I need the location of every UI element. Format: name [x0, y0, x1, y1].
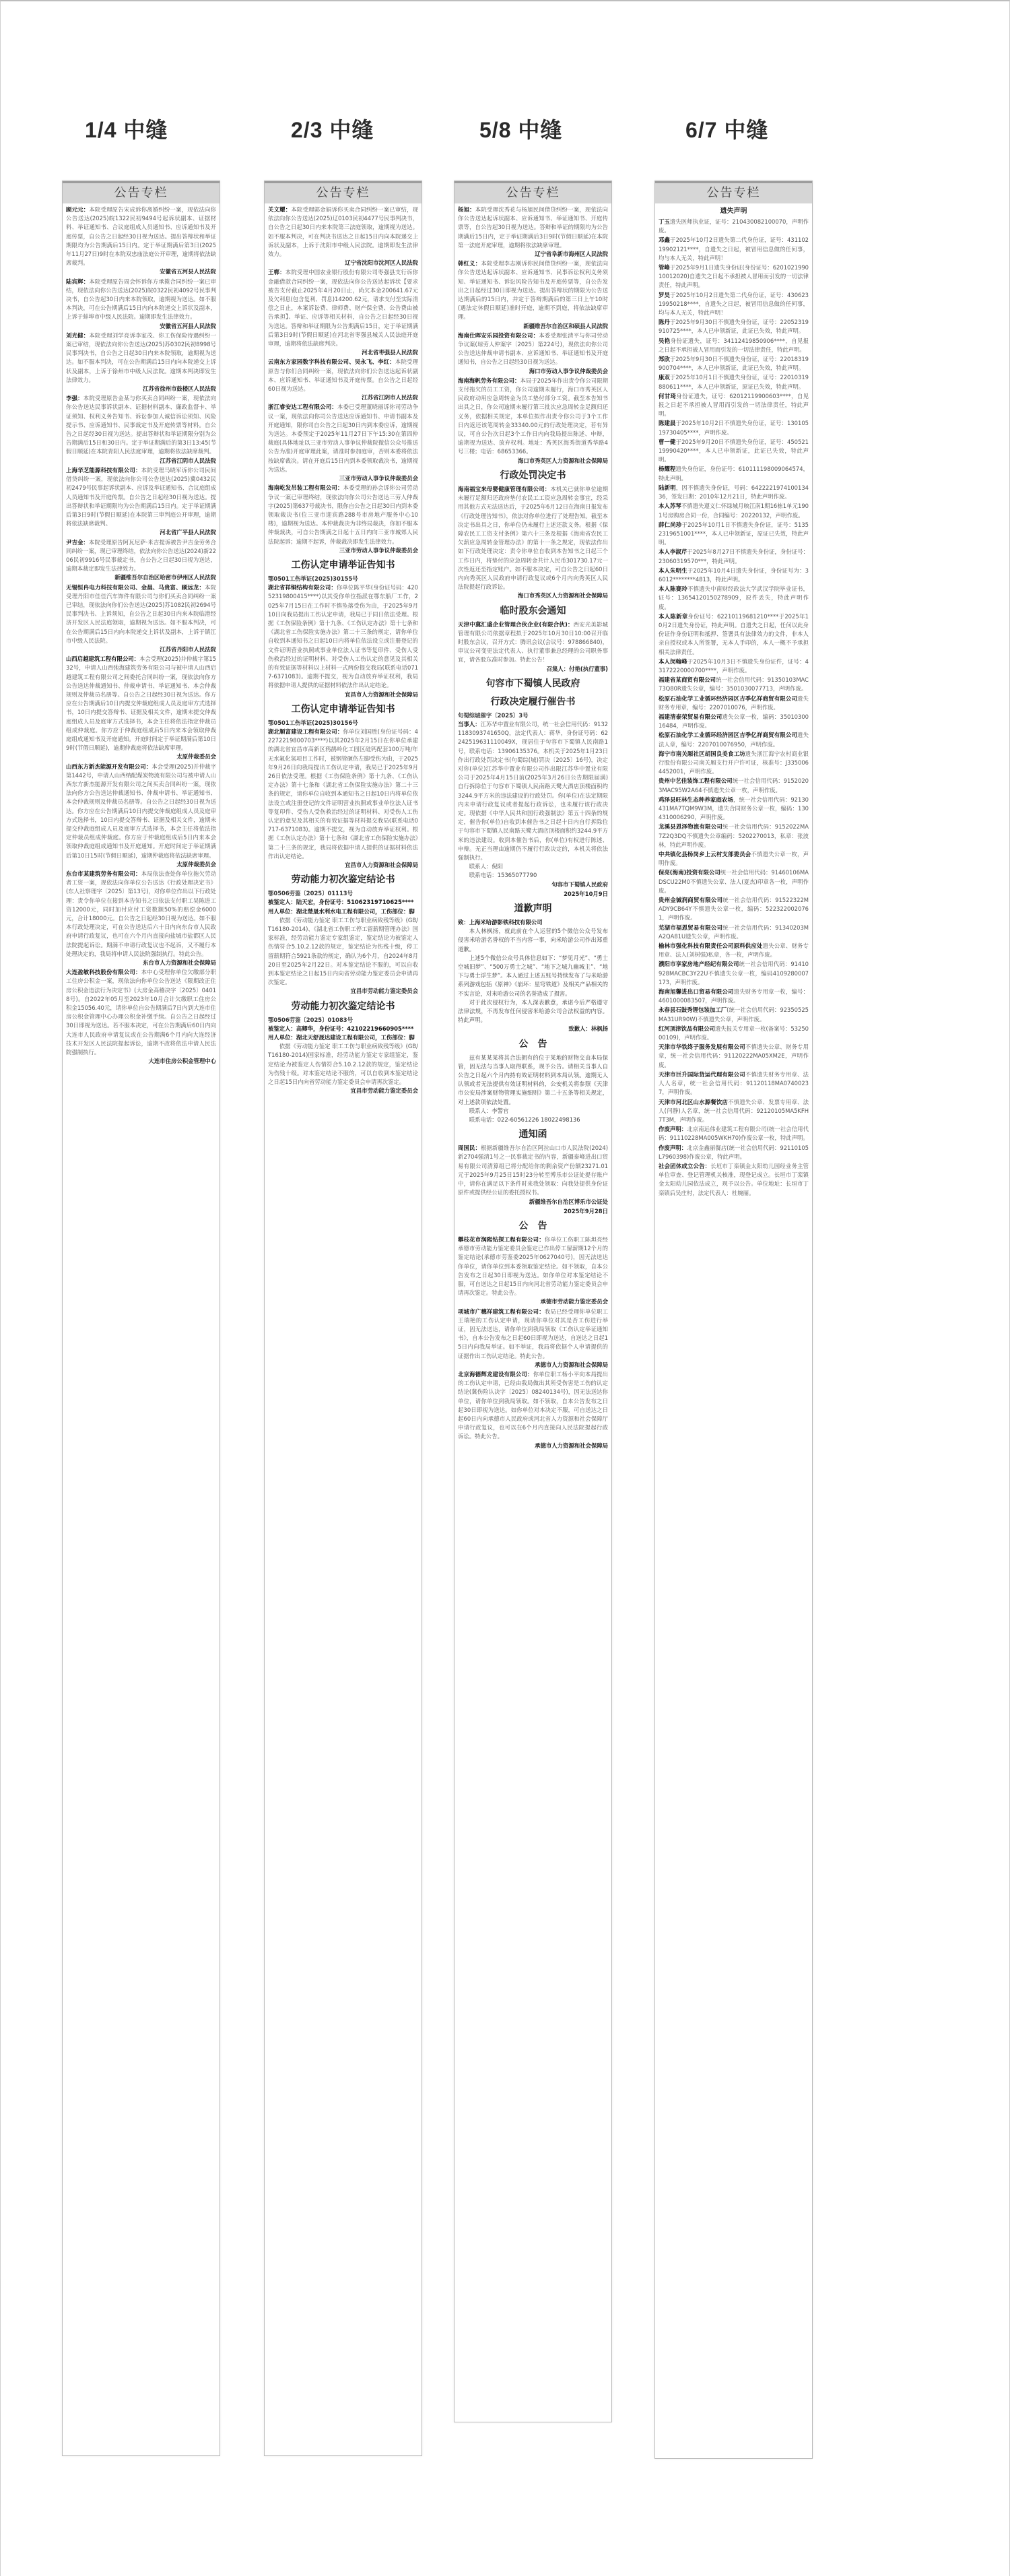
column-body: 遗失声明 丁玉遗失医师执业证，证号：210430082100070，声明作废。邓…	[655, 203, 812, 1201]
notice-text: 身份证遗失，证号：62012119900603****，自见报之日起不承担被人冒…	[659, 393, 809, 417]
notice-issuer: 江苏省江阴市人民法院	[66, 457, 216, 465]
notice-entry: 保亮(海南)投资有限公司统一社会信用代码：91460106MADSCU22M0不…	[659, 868, 809, 895]
notice-addressee: 本人李淑芹	[659, 548, 687, 555]
notice-issuer: 新疆维吾尔自治区博乐市公证处	[458, 1198, 608, 1206]
notice-addressee: 作废声明：	[659, 1126, 687, 1132]
notice-column-1: 公告专栏 顾元元：本院受理原告宋成诉你离婚纠纷一案，现依法向你公告送达(2025…	[62, 181, 220, 2456]
notice-addressee: 保亮(海南)投资有限公司	[659, 869, 720, 876]
notice-entry: 当事人：江苏华中置业有限公司，统一社会信用代码：9132118309374165…	[458, 720, 608, 862]
notice-text: 我局已经受理你单位职工王瑞艳的工伤认定申请，现请你单位对其是否工伤进行举证，因无…	[458, 1308, 608, 1359]
notice-addressee: 山西启越建筑工程有限公司：	[66, 655, 139, 662]
notice-entry: 本人李淑芹于2025年8月27日不慎遗失身份证，身份证号：23060319570…	[659, 548, 809, 565]
notice-entry: 红河顶津饮品有限公司遗失报关专用章一枚(备案号：5325000109)，声明作废…	[659, 1025, 809, 1042]
notice-text: 本会受理(2025)并仲裁字第1442号，申请人山西纳配煤炭物流有限公司与被申请…	[66, 763, 216, 859]
notice-addressee: 天津市河北区山水源餐饮店	[659, 1099, 728, 1105]
notice-entry: 贵州中艺佳装饰工程有限公司统一社会信用代码：91520203MAC95W2A64…	[659, 777, 809, 794]
notice-text: 于2025年10月1日不慎遗失身份证，证号：51352319651001****…	[659, 521, 809, 546]
notice-entry: 陈丹于2025年9月30日不慎遗失身份证，证号：22052319910725**…	[659, 318, 809, 335]
notice-addressee: 陈丹	[659, 319, 670, 325]
notice-addressee: 刘光健：	[66, 332, 89, 339]
notice-addressee: 陈建晨	[659, 420, 676, 426]
notice-text: 本机关已就你单位逾期未履行足额归还政府垫付农民工工资应急周转金事宜，经采用其他方…	[458, 486, 608, 590]
notice-addressee: 芜湖市福恩贸易有限公司	[659, 924, 722, 931]
notice-addressee: 濮阳市享家房地产经纪有限公司	[659, 961, 739, 967]
notice-issuer: 海口市劳动人事争议仲裁委员会	[458, 367, 608, 376]
notice-addressee: 海南福宝来母婴健康管理有限公司：	[458, 486, 550, 492]
notice-issuer: 宜昌市人力资源和社会保障局	[268, 690, 418, 699]
notice-text: 江苏华中置业有限公司，统一社会信用代码：91321183093741650Q，法…	[458, 721, 608, 861]
notice-addressee: 北京海德辉龙建设有限公司：	[458, 1371, 533, 1378]
notice-entry: 社会团体成立公告：长垣市丁栾镇金太阳幼儿园经业务主管单位审查、登记管理机关核准，…	[659, 1162, 809, 1198]
employer-line: 用人单位：湖北天舒晟达建设工程有限公司，工伤部位：脚	[268, 1033, 418, 1042]
notice-addressee: 海南海帆劳务有限公司：	[458, 377, 520, 384]
notice-addressee: 松原石油化学工业循环经济园区吉季亿祥商贸有限公司	[659, 695, 797, 702]
notice-addressee: 项城市广穗祥建筑工程有限公司：	[458, 1308, 545, 1315]
column-label-4: 6/7 中缝	[685, 113, 768, 144]
notice-entry: 杨耀程遗失身份证，身份证号：610111198009064574，特此声明。	[659, 465, 809, 482]
notice-addressee: 天津市巨升国际货运代理有限公司	[659, 1071, 745, 1078]
notice-addressee: 康双	[659, 374, 670, 381]
notice-issuer: 致歉人：林枫扬	[458, 1025, 608, 1033]
notice-entry: 湖北省祥铜结构有限公司：你单位陈平华(身份证号码：42052319800415*…	[268, 583, 418, 690]
notice-text: 本中心受理你单位欠缴部分职工住房公积金一案，现依法向你单位公告送达《限期改正住房…	[66, 969, 216, 1056]
notice-entry: 龙溪县恩泽物流有限公司统一社会信用代码：9152022MA7Z2Q3DQ不慎遗失…	[659, 823, 809, 849]
notice-addressee: 贵州中艺佳装饰工程有限公司	[659, 777, 733, 784]
notice-text: 本院受理马晓军诉你公司民间借贷纠纷一案，现依法向你公司公告送达(2025)冀04…	[66, 467, 216, 527]
notice-text: 你单位工伤职工陈坦亮经承德市劳动能力鉴定委员会鉴定已作出停工留薪期12个月的鉴定…	[458, 1236, 608, 1296]
notice-issuer: 河北省枣强县人民法院	[268, 348, 418, 357]
notice-issuer: 承德市人力资源和社会保障局	[458, 1442, 608, 1450]
section-title: 工伤认定申请举证告知书	[268, 701, 418, 717]
notice-text: 于2025年10月2日遗失第二代身份证，证号：43110219902121***…	[659, 236, 809, 261]
notice-issuer: 东台市人力资源和社会保障局	[66, 959, 216, 967]
notice-addressee: 陆宾辉：	[66, 278, 89, 285]
notice-entry: 被鉴定人：陆天宏，身份证号：51062319710625****	[268, 898, 418, 907]
column-header: 公告专栏	[265, 181, 422, 203]
notice-text: 本院受理原告宋成诉你离婚纠纷一案，现依法向你公告送达(2025)皖1322民初9…	[66, 206, 216, 266]
notice-addressee: 山西东方新杰能源开发有限公司：	[66, 763, 151, 770]
notice-entry: 攀枝花市润熙钻探工程有限公司：你单位工伤职工陈坦亮经承德市劳动能力鉴定委员会鉴定…	[458, 1235, 608, 1297]
notice-addressee: 韩红义：	[458, 260, 481, 267]
notice-entry: 韩红义：本院受理李志刚诉你民间借贷纠纷一案，现依法向你公告送达起诉状副本、应诉通…	[458, 259, 608, 321]
notice-addressee: 曹一健	[659, 439, 676, 445]
notice-entry: 福建清泰荣贸易有限公司遗失公章一枚，编码：3501030016484，声明作废。	[659, 713, 809, 730]
notice-entry: 鸡泽县旺林生态种养家庭农场，统一社会信用代码：92130431MA7TQM9W3…	[659, 796, 809, 823]
notice-text: 本委受理的孙会诉你公司劳动争议一案已审理终结，现依法向你公司公告送达三劳人仲裁字…	[268, 484, 418, 544]
column-header: 公告专栏	[655, 181, 812, 203]
notice-text: 你单位刘国胜(身份证号码：42272219800703****)以其2025年2…	[268, 728, 418, 860]
notice-entry: 天津中冀汇盛企业管理合伙企业(有限合伙)：西安光美影城管理有限公司依据章程拟于2…	[458, 620, 608, 665]
notice-addressee: 云南东方家园数字科技有限公司、吴永飞、李红：	[268, 358, 395, 365]
notice-issuer: 太原仲裁委员会	[66, 860, 216, 869]
document-number: 鄂0506劳鉴〔2025〕01113号	[268, 889, 418, 898]
notice-text: 本委已受理董晓丽诉你司劳动争议一案，现依法向你司公告送达应诉通知书、申请书副本及…	[268, 404, 418, 472]
contact-line: 联系电话：15365077790	[458, 871, 608, 880]
notice-entry: 王郸：本院受理中国农业银行股份有限公司枣强县支行诉你金融借款合同纠纷一案，现依法…	[268, 268, 418, 348]
notice-issuer: 江苏省江阴市人民法院	[268, 393, 418, 402]
notice-text: ，因不慎遗失身份证，号码：642222197410013436，签发日期：201…	[659, 484, 809, 500]
notice-entry: 濮阳市享家房地产经纪有限公司统一社会信用代码：91410928MACBC3Y22…	[659, 960, 809, 987]
notice-entry: 山西启越建筑工程有限公司：本会受理(2025)并仲裁字第1532号，申请人山西弛…	[66, 655, 216, 752]
notice-addressee: 东台市某建筑劳务有限公司：	[66, 870, 141, 877]
notice-addressee: 当事人：	[458, 721, 481, 728]
notice-text: 于2025年9月1日遗失身份证(身份证号：620102199010012020)…	[659, 264, 809, 288]
column-label-3: 5/8 中缝	[479, 113, 562, 144]
notice-entry: 浙江睿安达工程有限公司：本委已受理董晓丽诉你司劳动争议一案，现依法向你司公告送达…	[268, 403, 418, 474]
notice-text: 身份证遗失，证号：34112419850906****，自见报之日起不承担被人冒…	[659, 337, 809, 353]
notice-issuer: 句容市下蜀镇人民政府	[458, 880, 608, 889]
notice-text: 根据新疆维吾尔自治区阿拉山口市人民法院(2024)新2704强清1号之一民事裁定…	[458, 1145, 608, 1196]
notice-entry: 陈建晨于2025年10月2日不慎遗失身份证，证号：13010519730405*…	[659, 419, 809, 437]
notice-addressee: 周国民：	[458, 1145, 481, 1151]
notice-addressee: 尹吉金：	[66, 539, 89, 546]
notice-body: 依据《劳动能力鉴定 职工工伤与职业病致残等级》(GB/T16180-2014)国…	[268, 1042, 418, 1087]
notice-entry: 本人闵翰峰于2025年10月3日不慎遗失身份证件，证号：431722200007…	[659, 657, 809, 675]
notice-text: 本院受理原告周会怀诉你方承揽合同纠纷一案已审结，现依法向你公告送达(2025)皖…	[66, 278, 216, 321]
notice-addressee: 中共镇化县杨岗乡上云村支部委员会	[659, 851, 751, 858]
notice-addressee: 湖北省祥铜结构有限公司：	[268, 584, 337, 591]
notice-entry: 作废声明：北京南远伟业建筑工程有限公司(统一社会信用代码：91110228MA0…	[659, 1125, 809, 1142]
contact-line: 联系人：李警官	[458, 1107, 608, 1116]
notice-addressee: 海南仕晖安乐园投资有限公司：	[458, 332, 539, 339]
notice-date: 2025年9月28日	[458, 1207, 608, 1216]
notice-text: 本局依法查处你单位拖欠劳动者工资一案，现依法向你单位公告送达《行政处理决定书》(…	[66, 870, 216, 957]
notice-text: 你单位陈平华(身份证号码：42052319800415****)以其受你单位指派…	[268, 584, 418, 688]
notice-entry: 作废声明：北京金鑫丽餐店(统一社会信用代码：92110105L7960398)作…	[659, 1144, 809, 1161]
notice-addressee: 王郸：	[268, 269, 285, 276]
notice-addressee: 湖北顺富建设工程有限公司：	[268, 728, 343, 735]
notice-entry: 吴艳身份证遗失，证号：34112419850906****，自见报之日起不承担被…	[659, 337, 809, 354]
notice-addressee: 大连盈敏科技股份有限公司：	[66, 969, 141, 975]
notice-entry: 榆林市强化科技有限责任公司原料供应处遗失公章、财务专用章、法人(刘树强)私章，各…	[659, 942, 809, 959]
section-title: 劳动能力初次鉴定结论书	[268, 998, 418, 1015]
notice-issuer: 辽宁省阜新市海州区人民法院	[458, 250, 608, 259]
notice-text: 本会受理(2025)并仲裁字第1532号，申请人山西弛海建筑劳务有限公司与被申请…	[66, 655, 216, 751]
notice-paragraph: 本人林枫扬，就此前在个人运营的5个微信公众号发布侵害米哈游名誉权的不当内容一事，…	[458, 927, 608, 954]
notice-issuer: 大连市住房公积金管理中心	[66, 1057, 216, 1066]
contact-line: 联系电话：022-60561226 18022498136	[458, 1116, 608, 1124]
notice-text: 本院受理刘学亮诉李家茂、你工伤保险待遇纠纷一案已审结，现依法向你公告送达(202…	[66, 332, 216, 383]
section-title: 道歉声明	[458, 901, 608, 917]
notice-addressee: 海南旭馨进出口贸易有限公司	[659, 988, 734, 995]
notice-entry: 上海华芝能源科技有限公司：本院受理马晓军诉你公司民间借贷纠纷一案，现依法向你公司…	[66, 466, 216, 528]
notice-entry: 大连盈敏科技股份有限公司：本中心受理你单位欠缴部分职工住房公积金一案，现依法向你…	[66, 968, 216, 1057]
notice-addressee: 社会团体成立公告：	[659, 1163, 710, 1169]
notice-addressee: 福建省某商贸有限公司	[659, 676, 716, 683]
notice-entry: 项城市广穗祥建筑工程有限公司：我局已经受理你单位职工王瑞艳的工伤认定申请，现请你…	[458, 1308, 608, 1361]
contact-line: 联系人：倪阳	[458, 862, 608, 871]
notice-text: 于2025年10月1日不慎遗失身份证，证号：22010319880611****…	[659, 374, 809, 389]
document-number: 鄂0501工伤举证(2025)30155号	[268, 575, 418, 583]
notice-addressee: 本人闵翰峰	[659, 658, 687, 665]
section-title: 临时股东会通知	[458, 603, 608, 619]
notice-addressee: 贵州金铖润商贸有限公司	[659, 897, 722, 903]
notice-issuer: 太原仲裁委员会	[66, 752, 216, 761]
notice-entry: 福建省某商贸有限公司统一社会信用代码：91350103MAC73Q80R遗失公章…	[659, 676, 809, 693]
notice-entry: 罗昊于2025年10月2日遗失第二代身份证，证号：43062319950218*…	[659, 291, 809, 318]
notice-paragraph: 对于此次侵权行为，本人深表歉意，承诺今后严格遵守法律法规，不再发布任何侵害米哈游…	[458, 998, 608, 1025]
notice-addressee: 作废声明：	[659, 1145, 687, 1151]
notice-addressee: 管峰	[659, 264, 670, 271]
notice-entry: 关文耀：本院受理郭金娟诉你买卖合同纠纷一案已审结，现依法向你公告送达(2025)…	[268, 205, 418, 259]
notice-entry: 本人苏琴不慎遗失遵义仁怀绿城月映江南1期16栋1单元1901号房购房合同一份，合…	[659, 502, 809, 519]
notice-addressee: 被鉴定人：高卿华，身份证号：42102219660905****	[268, 1025, 413, 1032]
notice-addressee: 本人陈赛玲	[659, 585, 687, 592]
section-title: 公 告	[458, 1218, 608, 1234]
notice-text: 于2025年9月30日不慎遗失身份证，证号：22018319900704****…	[659, 356, 809, 371]
notice-column-2: 公告专栏 关文耀：本院受理郭金娟诉你买卖合同纠纷一案已审结，现依法向你公告送达(…	[264, 181, 422, 2456]
notice-text: 不慎遗失遵义仁怀绿城月映江南1期16栋1单元1901号房购房合同一份，合同编号：…	[659, 503, 809, 518]
section-title: 句容市下蜀镇人民政府	[458, 676, 608, 692]
notice-text: 本院受理沈秀花与杨旭民间借贷纠纷一案，现依法向你公告送达起诉状副本、应诉通知书、…	[458, 206, 608, 249]
section-title: 通知函	[458, 1126, 608, 1142]
notice-column-3: 公告专栏 杨旭：本院受理沈秀花与杨旭民间借贷纠纷一案，现依法向你公告送达起诉状副…	[454, 181, 612, 2422]
notice-text: 本院受理丹阳市佳佳汽车饰件有限公司与你们买卖合同纠纷一案已审结，现依法向你们公告…	[66, 584, 216, 644]
notice-addressee: 天津市华铁终子服务发展有限公司	[659, 1043, 745, 1050]
notice-entry: 管峰于2025年9月1日遗失身份证(身份证号：62010219901001202…	[659, 263, 809, 290]
notice-addressee: 致：上海米哈游影铁科技有限公司	[458, 919, 543, 926]
notice-entry: 松原石油化学工业循环经济园区吉季亿祥商贸有限公司遗失法人章，编号：2207010…	[659, 731, 809, 748]
notice-addressee: 丁玉	[659, 218, 670, 225]
notice-addressee: 浙江睿安达工程有限公司：	[268, 404, 337, 410]
notice-text: 本院受理原告阿瓦尼萨·米吉提诉被告尹吉金劳务合同纠纷一案，现已审理终结，依法向你…	[66, 539, 216, 573]
notice-issuer: 安徽省五河县人民法院	[66, 322, 216, 331]
notice-entry: 湖北顺富建设工程有限公司：你单位刘国胜(身份证号码：42272219800703…	[268, 728, 418, 861]
notice-addressee: 本人苏琴	[659, 503, 681, 509]
column-body: 杨旭：本院受理沈秀花与杨旭民间借贷纠纷一案，现依法向你公告送达起诉状副本、应诉通…	[454, 203, 611, 1454]
notice-column-4: 公告专栏 遗失声明 丁玉遗失医师执业证，证号：210430082100070，声…	[654, 181, 813, 2459]
notice-addressee: 海南屹发吊装工程有限公司：	[268, 484, 343, 491]
notice-entry: 被鉴定人：高卿华，身份证号：42102219660905****	[268, 1025, 418, 1033]
column-header: 公告专栏	[454, 181, 611, 203]
notice-text: 本院受理中国农业银行股份有限公司枣强县支行诉你金融借款合同纠纷一案，现依法向你公…	[268, 269, 418, 347]
notice-entry: 贵州金铖润商贸有限公司统一社会信用代码：91522322MADY9CB64Y不慎…	[659, 896, 809, 923]
notice-entry: 陆新明，因不慎遗失身份证，号码：642222197410013436，签发日期：…	[659, 484, 809, 501]
notice-addressee: 天津中冀汇盛企业管理合伙企业(有限合伙)：	[458, 621, 574, 628]
notice-entry: 芜湖市福恩贸易有限公司统一社会信用代码：91340203MA2QA81U遗失公章…	[659, 924, 809, 941]
notice-addressee: 龙溪县恩泽物流有限公司	[659, 823, 722, 830]
notice-addressee: 杨耀程	[659, 465, 675, 472]
notice-text: 本院受理李志刚诉你民间借贷纠纷一案，现依法向你公告送达起诉状副本、应诉通知书、民…	[458, 260, 608, 320]
employer: 用人单位：湖北天舒晟达建设工程有限公司，工伤部位：脚	[268, 1034, 415, 1041]
notice-issuer: 新疆维吾尔自治区哈密市伊州区人民法院	[66, 573, 216, 582]
notice-entry: 海南屹发吊装工程有限公司：本委受理的孙会诉你公司劳动争议一案已审理终结，现依法向…	[268, 484, 418, 546]
notice-issuer: 宜昌市劳动能力鉴定委员会	[268, 987, 418, 996]
notice-date: 2025年10月9日	[458, 890, 608, 899]
notice-issuer: 承德市劳动能力鉴定委员会	[458, 1297, 608, 1306]
column-label-2: 2/3 中缝	[291, 113, 374, 144]
notice-issuer: 承德市人力资源和社会保障局	[458, 1361, 608, 1370]
notice-issuer: 江苏省丹阳市人民法院	[66, 645, 216, 654]
notice-entry: 海宁市南关厢社区胡国良美食工坊遗失浙江海宁农村商业银行股份有限公司南关厢支行开户…	[659, 750, 809, 777]
notice-addressee: 杨旭：	[458, 206, 475, 213]
notice-issuer: 召集人：付艳(执行董事)	[458, 665, 608, 674]
notice-entry: 天津市河北区山水源餐饮店不慎遗失公章、发票专用章、法人(闫静)人名章，统一社会信…	[659, 1098, 809, 1125]
document-number: 鄂0506劳鉴〔2025〕01083号	[268, 1016, 418, 1025]
notice-entry: 刘光健：本院受理刘学亮诉李家茂、你工伤保险待遇纠纷一案已审结，现依法向你公告送达…	[66, 331, 216, 385]
notice-issuer: 新疆维吾尔自治区和硕县人民法院	[458, 322, 608, 331]
notice-entry: 海南仕晖安乐园投资有限公司：本委受理张清平与你司劳动争议案(琼劳人仲案字〔202…	[458, 331, 608, 367]
notice-issuer: 海口市秀英区人力资源和社会保障局	[458, 457, 608, 465]
notice-entry: 本人朱明生于2025年10月4日遗失身份证，身份证号为：36012*******…	[659, 567, 809, 584]
notice-addressee: 榆林市强化科技有限责任公司原料供应处	[659, 942, 763, 949]
notice-text: 依据《劳动能力鉴定 职工工伤与职业病致残等级》(GB/T16180-2014)国…	[268, 1043, 418, 1085]
notice-entry: 中共镇化县杨岗乡上云村支部委员会不慎遗失公章一枚，声明作废。	[659, 850, 809, 868]
notice-addressee: 关文耀：	[268, 206, 291, 213]
notice-text: 于2025年9月20日不慎遗失身份证，证号：45052119990420****…	[659, 439, 809, 463]
section-title: 行政处罚决定书	[458, 468, 608, 484]
notice-entry: 丁玉遗失医师执业证，证号：210430082100070，声明作废。	[659, 218, 809, 235]
notice-entry: 天津市华铁终子服务发展有限公司不慎遗失公章、财务专用章，统一社会信用代码：911…	[659, 1043, 809, 1070]
notice-addressee: 福建清泰荣贸易有限公司	[659, 713, 722, 720]
notice-addressee: 陆新明	[659, 484, 676, 491]
notice-entry: 永春县石鼓秀锂包装加工厂(统一社会信用代码：92350525MA31UR90W)…	[659, 1006, 809, 1023]
notice-entry: 海南旭馨进出口贸易有限公司遗失财务专用章一枚，编号：4601000083507，…	[659, 988, 809, 1005]
notice-addressee: 永春县石鼓秀锂包装加工厂	[659, 1006, 727, 1013]
notice-issuer: 宜昌市劳动能力鉴定委员会	[268, 1087, 418, 1095]
document-number: 鄂0501工伤举证(2025)30156号	[268, 719, 418, 728]
notice-entry: 海南海帆劳务有限公司：本局于2025年作出责令你公司限期支付拖欠的员工工资，你公…	[458, 377, 608, 457]
notice-entry: 杨旭：本院受理沈秀花与杨旭民间借贷纠纷一案，现依法向你公告送达起诉状副本、应诉通…	[458, 205, 608, 250]
notice-entry: 周国民：根据新疆维吾尔自治区阿拉山口市人民法院(2024)新2704强清1号之一…	[458, 1144, 608, 1197]
notice-entry: 薛仁尚珍于2025年10月1日不慎遗失身份证，证号：51352319651001…	[659, 521, 809, 548]
notice-addressee: 何甘琦	[659, 393, 676, 399]
notice-paragraph: 兹有某某某将其合法拥有的位于某地的财物交由本局保管，因无法与当事人取得联系，现予…	[458, 1054, 608, 1107]
notice-entry: 曹一健于2025年9月20日不慎遗失身份证，证号：45052119990420*…	[659, 438, 809, 465]
notice-text: 本局于2025年作出责令你公司限期支付拖欠的员工工资，你公司逾期未履行，海口市秀…	[458, 377, 608, 455]
notice-addressee: 海宁市南关厢社区胡国良美食工坊	[659, 750, 745, 757]
notice-entry: 天津市巨升国际货运代理有限公司不慎遗失财务专用章、法人人名章，统一社会信用代码：…	[659, 1070, 809, 1097]
section-title-lost-notice: 遗失声明	[659, 205, 809, 218]
notice-entry: 康双于2025年10月1日不慎遗失身份证，证号：22010319880611**…	[659, 373, 809, 391]
notice-entry: 海南福宝来母婴健康管理有限公司：本机关已就你单位逾期未履行足额归还政府垫付农民工…	[458, 485, 608, 591]
column-body: 关文耀：本院受理郭金娟诉你买卖合同纠纷一案已审结，现依法向你公告送达(2025)…	[265, 203, 422, 1099]
notice-entry: 尹吉金：本院受理原告阿瓦尼萨·米吉提诉被告尹吉金劳务合同纠纷一案，现已审理终结，…	[66, 538, 216, 574]
notice-entry: 本人陈赛玲不慎遗失中南财经政法大学武汉学院毕业证书，证号：13654120150…	[659, 585, 809, 612]
notice-text: 本院受理原告金某与你买卖合同纠纷一案，现依法向你公告送达民事诉状副本、证据材料副…	[66, 395, 216, 455]
notice-addressee: 被鉴定人：陆天宏，身份证号：51062319710625****	[268, 899, 413, 905]
notice-issuer: 辽宁省沈阳市沈河区人民法院	[268, 259, 418, 267]
notice-addressee: 邓鑫	[659, 236, 670, 243]
section-title: 工伤认定申请举证告知书	[268, 557, 418, 573]
notice-text: 于2025年10月2日遗失第二代身份证，证号：43062319950218***…	[659, 292, 809, 316]
notice-entry: 云南东方家园数字科技有限公司、吴永飞、李红：本院受理原告与你们合同纠纷一案，现依…	[268, 358, 418, 393]
notice-entry: 本人陈新章身份证号：62210119681210****于2025年10月2日遗…	[659, 612, 809, 657]
column-body: 顾元元：本院受理原告宋成诉你离婚纠纷一案，现依法向你公告送达(2025)皖132…	[63, 203, 220, 1070]
notice-text: 遗失身份证，身份证号：610111198009064574，特此声明。	[659, 465, 809, 481]
notice-issuer: 江苏省徐州市鼓楼区人民法院	[66, 385, 216, 393]
notice-text: 于2025年10月2日不慎遗失身份证，证号：13010519730405****…	[659, 420, 809, 435]
notice-addressee: 红河顶津饮品有限公司	[659, 1025, 715, 1032]
notice-addressee: 攀枝花市润熙钻探工程有限公司：	[458, 1236, 545, 1243]
section-title: 公 告	[458, 1036, 608, 1052]
notice-entry: 东台市某建筑劳务有限公司：本局依法查处你单位拖欠劳动者工资一案，现依法向你单位公…	[66, 870, 216, 959]
notice-text: 你单位职工杨小平向本局提出的工伤认定申请，已经由我局做出其所受伤害是工伤的认定结…	[458, 1371, 608, 1440]
notice-entry: 陆宾辉：本院受理原告周会怀诉你方承揽合同纠纷一案已审结，现依法向你公告送达(20…	[66, 278, 216, 322]
notice-entry: 李强：本院受理原告金某与你买卖合同纠纷一案，现依法向你公告送达民事诉状副本、证据…	[66, 394, 216, 456]
notice-issuer: 三亚市劳动人事争议仲裁委员会	[268, 474, 418, 483]
notice-issuer: 河北省广平县人民法院	[66, 528, 216, 537]
notice-issuer: 安徽省五河县人民法院	[66, 267, 216, 276]
employer-line: 用人单位：湖北楚晟水利水电工程有限公司，工伤部位：脚	[268, 907, 418, 916]
notice-text: 于2025年9月30日不慎遗失身份证，证号：22052319910725****…	[659, 319, 809, 334]
notice-entry: 顾元元：本院受理原告宋成诉你离婚纠纷一案，现依法向你公告送达(2025)皖132…	[66, 205, 216, 267]
notice-addressee: 吴艳	[659, 337, 671, 344]
section-subtitle: 行政决定履行催告书	[458, 694, 608, 710]
notice-addressee: 鸡泽县旺林生态种养家庭农场	[659, 796, 733, 803]
notice-issuer: 宜昌市人力资源和社会保障局	[268, 861, 418, 870]
notice-issuer: 三亚市劳动人事争议仲裁委员会	[268, 546, 418, 555]
notice-entry: 郑欣于2025年9月30日不慎遗失身份证，证号：22018319900704**…	[659, 355, 809, 373]
notice-body: 依据《劳动能力鉴定 职工工伤与职业病致残等级》(GB/T16180-2014)、…	[268, 916, 418, 988]
notice-entry: 无锡恒冉电力科技有限公司、金晨、马贵富、顾远龙：本院受理丹阳市佳佳汽车饰件有限公…	[66, 583, 216, 645]
notice-paragraph: 上述5个微信公众号具体信息如下：“梦见月光”、“勇士空城旧梦”、“500万勇士之…	[458, 954, 608, 998]
notice-addressee: 上海华芝能源科技有限公司：	[66, 467, 141, 474]
notice-entry: 山西东方新杰能源开发有限公司：本会受理(2025)并仲裁字第1442号，申请人山…	[66, 763, 216, 860]
notice-entry: 何甘琦身份证遗失，证号：62012119900603****，自见报之日起不承担…	[659, 392, 809, 419]
notice-issuer: 海口市秀英区人力资源和社会保障局	[458, 591, 608, 600]
notice-addressee: 无锡恒冉电力科技有限公司、金晨、马贵富、顾远龙：	[66, 584, 205, 591]
column-label-1: 1/4 中缝	[85, 113, 168, 144]
notice-text: 依据《劳动能力鉴定 职工工伤与职业病致残等级》(GB/T16180-2014)、…	[268, 917, 418, 986]
notice-entry: 致：上海米哈游影铁科技有限公司	[458, 918, 608, 927]
notice-addressee: 顾元元：	[66, 206, 89, 213]
section-title: 劳动能力初次鉴定结论书	[268, 872, 418, 888]
notice-entry: 北京海德辉龙建设有限公司：你单位职工杨小平向本局提出的工伤认定申请，已经由我局做…	[458, 1370, 608, 1442]
notice-addressee: 松原石油化学工业循环经济园区吉季亿祥商贸有限公司	[659, 732, 797, 738]
notice-addressee: 本人朱明生	[659, 567, 687, 574]
notice-entry: 邓鑫于2025年10月2日遗失第二代身份证，证号：43110219902121*…	[659, 236, 809, 263]
employer: 用人单位：湖北楚晟水利水电工程有限公司，工伤部位：脚	[268, 908, 415, 915]
document-number: 句蜀综城催字〔2025〕3号	[458, 711, 608, 720]
notice-addressee: 本人陈新章	[659, 613, 687, 620]
notice-addressee: 郑欣	[659, 356, 670, 362]
notice-addressee: 薛仁尚珍	[659, 521, 681, 528]
column-header: 公告专栏	[63, 181, 220, 203]
notice-addressee: 李强：	[66, 395, 83, 401]
notice-addressee: 罗昊	[659, 292, 670, 298]
notice-entry: 松原石油化学工业循环经济园区吉季亿祥商贸有限公司遗失财务专用章，编号：22070…	[659, 695, 809, 712]
notice-text: 本院受理郭金娟诉你买卖合同纠纷一案已审结，现依法向你公告送达(2025)辽010…	[268, 206, 418, 257]
notice-text: 遗失医师执业证，证号：210430082100070，声明作废。	[659, 218, 809, 234]
